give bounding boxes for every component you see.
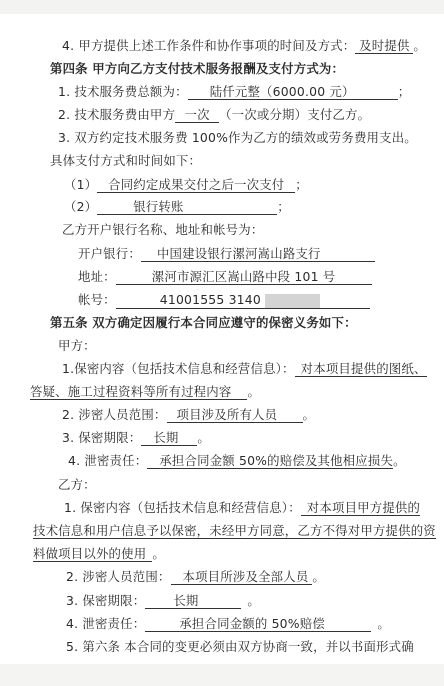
party-b-item-1: 1. 保密内容（包括技术信息和经营信息）：对本项目甲方提供的 xyxy=(64,500,420,516)
fill-text: 项目涉及所有人员 xyxy=(177,407,278,422)
fill-value: 承担合同金额 50%的赔偿及其他相应损失 xyxy=(147,453,393,469)
fill-text: 陆仟元整（6000.00 元） xyxy=(210,84,355,99)
account-number: 41001555 3140 xyxy=(160,292,261,307)
fill-value: 技术信息和用户信息予以保密，未经甲方同意，乙方不得对甲方提供的资 xyxy=(33,523,436,539)
party-a-label: 甲方： xyxy=(58,338,96,354)
fill-text: 中国建设银行漯河嵩山路支行 xyxy=(157,246,321,261)
party-b-item-3: 3. 保密期限：长期。 xyxy=(66,593,260,609)
article-4-item-3: 3. 双方约定技术服务费 100%作为乙方的绩效或劳务费用支出。 xyxy=(58,130,417,146)
label: 1.保密内容（包括技术信息和经营信息）： xyxy=(62,361,295,376)
party-a-item-3: 3. 保密期限：长期。 xyxy=(62,430,210,446)
punct: 。 xyxy=(393,453,406,468)
label: （1） xyxy=(64,177,97,192)
label: （2） xyxy=(64,199,97,214)
fill-text: 承担合同金额的 50%赔偿 xyxy=(179,616,325,631)
punct: 。 xyxy=(303,407,316,422)
party-b-item-1-cont-2: 料做项目以外的使用。 xyxy=(33,546,165,562)
label: 2. 涉密人员范围： xyxy=(66,569,171,584)
fill-text: 长期 xyxy=(153,430,178,445)
redaction-box xyxy=(265,294,320,308)
label: 4. 甲方提供上述工作条件和协作事项的时间及方式： xyxy=(62,38,355,53)
label: 地址： xyxy=(78,269,116,284)
clause-3-item-4: 4. 甲方提供上述工作条件和协作事项的时间及方式：及时提供。 xyxy=(62,38,426,54)
party-a-item-4: 4. 泄密责任：承担合同金额 50%的赔偿及其他相应损失。 xyxy=(68,453,406,469)
article-4-item-2: 2. 技术服务费由甲方一次（一次或分期）支付乙方。 xyxy=(58,107,370,123)
fill-value: 漯河市源汇区嵩山路中段 101 号 xyxy=(116,270,372,285)
punct: ； xyxy=(398,84,411,99)
top-margin xyxy=(0,0,444,14)
label: 4. 泄密责任： xyxy=(66,616,145,631)
label: 3. 保密期限： xyxy=(62,430,141,445)
party-b-label: 乙方： xyxy=(58,477,96,493)
bank-name-row: 开户银行：中国建设银行漯河嵩山路支行 xyxy=(78,246,375,262)
fill-text: 银行转账 xyxy=(133,199,183,214)
fill-value: 项目涉及所有人员 xyxy=(167,408,303,423)
party-a-item-1: 1.保密内容（包括技术信息和经营信息）：对本项目提供的图纸、 xyxy=(62,361,427,377)
punct: 。 xyxy=(247,384,260,399)
fill-value: 一次 xyxy=(175,108,219,123)
party-b-item-2: 2. 涉密人员范围：本项目所涉及全部人员。 xyxy=(66,569,325,585)
fill-value: 长期 xyxy=(145,594,241,609)
label: 1. 技术服务费总额为： xyxy=(58,84,188,99)
fill-value: 料做项目以外的使用 xyxy=(33,546,152,562)
punct: 。 xyxy=(152,546,165,561)
punct: 。 xyxy=(413,38,426,53)
article-4-item-1: 1. 技术服务费总额为：陆仟元整（6000.00 元）； xyxy=(58,84,410,100)
article-5-title: 第五条 双方确定因履行本合同应遵守的保密义务如下： xyxy=(50,315,357,331)
bank-address-row: 地址：漯河市源汇区嵩山路中段 101 号 xyxy=(78,269,372,285)
fill-value: 长期 xyxy=(141,431,197,446)
party-b-item-4: 4. 泄密责任：承担合同金额的 50%赔偿。 xyxy=(66,616,390,632)
bottom-margin xyxy=(0,664,444,686)
fill-value: 答疑、施工过程资料等所有过程内容 xyxy=(30,384,247,400)
fill-text: 长期 xyxy=(173,593,198,608)
label: 2. 技术服务费由甲方 xyxy=(58,107,175,122)
label: 4. 泄密责任： xyxy=(68,453,147,468)
fill-value: 承担合同金额的 50%赔偿 xyxy=(145,617,371,632)
punct: 。 xyxy=(197,430,210,445)
fill-value: 陆仟元整（6000.00 元） xyxy=(188,85,398,100)
fill-text: 漯河市源汇区嵩山路中段 101 号 xyxy=(152,269,336,284)
punct: 。 xyxy=(247,593,260,608)
label: 1. 保密内容（包括技术信息和经营信息）： xyxy=(64,500,301,515)
payment-schedule-title: 具体支付方式和时间如下： xyxy=(50,153,201,169)
fill-value: 本项目所涉及全部人员 xyxy=(171,569,313,585)
party-a-item-1-cont: 答疑、施工过程资料等所有过程内容。 xyxy=(30,384,260,400)
party-a-item-2: 2. 涉密人员范围：项目涉及所有人员。 xyxy=(62,407,315,423)
fill-value: 及时提供 xyxy=(355,39,413,54)
label: 帐号： xyxy=(78,292,116,307)
label: 开户银行： xyxy=(78,246,141,261)
suffix: （一次或分期）支付乙方。 xyxy=(219,107,370,122)
punct: 。 xyxy=(377,616,390,631)
party-b-item-1-cont-1: 技术信息和用户信息予以保密，未经甲方同意，乙方不得对甲方提供的资 xyxy=(33,523,436,539)
label: 3. 保密期限： xyxy=(66,593,145,608)
article-4-title: 第四条 甲方向乙方支付技术服务报酬及支付方式为： xyxy=(50,61,344,77)
payment-schedule-item-1: （1）合同约定成果交付之后一次支付； xyxy=(64,177,308,193)
label: 2. 涉密人员范围： xyxy=(62,407,167,422)
fill-value: 41001555 3140 xyxy=(116,293,370,309)
bank-info-title: 乙方开户银行名称、地址和帐号为： xyxy=(62,222,263,238)
punct: 。 xyxy=(312,569,325,584)
bank-account-row: 帐号：41001555 3140 xyxy=(78,292,370,309)
fill-value: 对本项目提供的图纸、 xyxy=(295,361,427,377)
fill-value: 银行转账 xyxy=(97,200,277,215)
fill-value: 合同约定成果交付之后一次支付 xyxy=(97,178,295,193)
fill-value: 对本项目甲方提供的 xyxy=(301,500,420,516)
fill-value: 中国建设银行漯河嵩山路支行 xyxy=(141,247,375,262)
payment-schedule-item-2: （2）银行转账； xyxy=(64,199,290,215)
punct: ； xyxy=(277,199,290,214)
party-b-item-5: 5. 第六条 本合同的变更必须由双方协商一致，并以书面形式确 xyxy=(66,639,414,655)
punct: ； xyxy=(295,177,308,192)
